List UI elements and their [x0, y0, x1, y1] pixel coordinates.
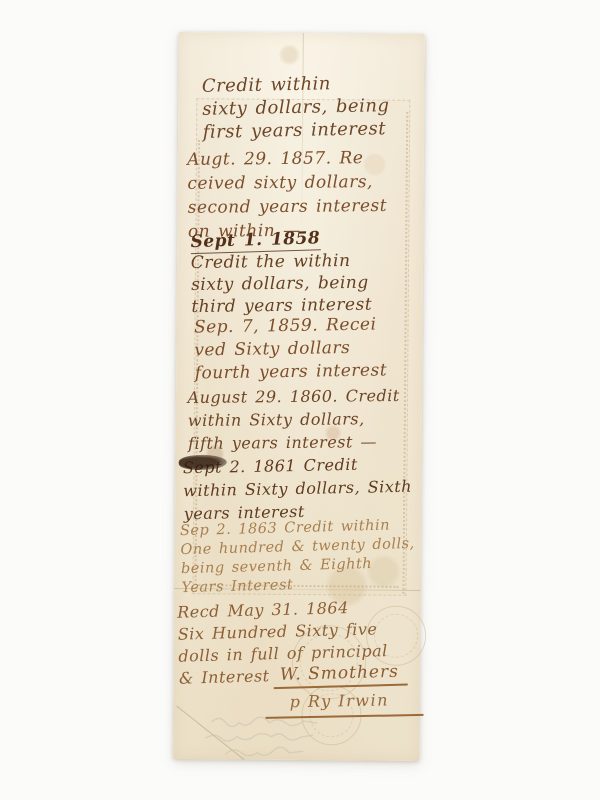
entry-line: August 29. 1860. Credit [187, 384, 399, 409]
entry-line: fifth years interest — [188, 430, 400, 455]
credit-entry-1860: August 29. 1860. Credit within Sixty dol… [187, 384, 400, 455]
entry-line: first years interest [203, 117, 391, 144]
credit-entry-first-year: Credit within sixty dollars, being first… [202, 71, 391, 144]
photo-background: Credit within sixty dollars, being first… [0, 0, 600, 800]
signature: W. Smothers [280, 662, 400, 685]
entry-line: ved Sixty dollars [194, 336, 387, 362]
entry-line: sixty dollars, being [191, 272, 372, 296]
document-paper: Credit within sixty dollars, being first… [173, 32, 425, 761]
countersignature: p Ry Irwin [289, 690, 389, 711]
credit-entry-1863: Sep 2. 1863 Credit within One hundred & … [180, 516, 416, 598]
pencil-scribbles [203, 712, 393, 765]
entry-line: within Sixty dollars, [188, 407, 400, 432]
credit-entry-1861: Sept 2. 1861 Credit within Sixty dollars… [183, 452, 413, 526]
entry-line: Augt. 29. 1857. Re [187, 146, 387, 172]
credit-entry-1858: Sept 1. 1858 Credit the within sixty dol… [190, 228, 372, 318]
entry-line: within Sixty dollars, Sixth [183, 475, 412, 503]
credit-entry-1859: Sep. 7, 1859. Recei ved Sixty dollars fo… [194, 313, 387, 385]
entry-line: second years interest [188, 194, 388, 220]
entry-line: fourth years interest [195, 359, 388, 385]
entry-line: ceived sixty dollars, [187, 170, 387, 196]
entry-date-overwritten: Sept 1. 1858 [190, 227, 320, 254]
entry-line: Sep. 7, 1859. Recei [194, 313, 387, 339]
